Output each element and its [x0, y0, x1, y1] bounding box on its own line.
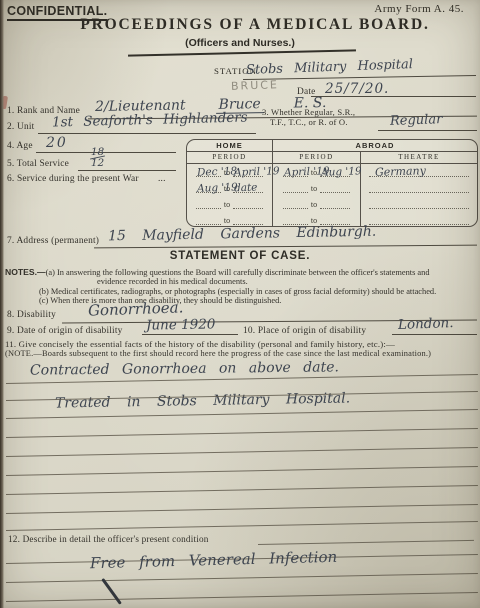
subtitle-rule [128, 49, 356, 56]
dotted-leader [320, 183, 350, 193]
table-cell [361, 212, 477, 227]
handwritten-entry: Aug '19 [321, 165, 362, 178]
table-header-theatre: THEATRE [361, 152, 477, 164]
medical-board-form-scan: CONFIDENTIAL. Army Form A. 45. PROCEEDIN… [0, 0, 480, 608]
table-cell: to [273, 180, 361, 196]
ruled-line [6, 573, 478, 583]
dotted-leader [283, 215, 308, 225]
note-c: (c) When there is more than one disabili… [5, 296, 480, 305]
table-cell: Dec '18 to April '19 [187, 164, 273, 180]
date-value: 25/7/20. [325, 81, 389, 97]
table-cell: to [273, 196, 361, 212]
pencil-annotation: BRUCE [231, 78, 279, 93]
table-cell [361, 196, 477, 212]
total-service-value: 18 12 [90, 147, 105, 168]
ruled-line [6, 592, 478, 602]
ruled-line [6, 521, 478, 531]
form-title: PROCEEDINGS OF A MEDICAL BOARD. [30, 16, 480, 34]
dotted-leader: Aug '19 [320, 167, 350, 177]
field-underline [78, 170, 176, 171]
ruled-line [6, 447, 478, 457]
field-underline [311, 96, 476, 97]
ruled-line [258, 540, 474, 545]
pen-stroke [101, 578, 121, 605]
unit-value: 1st Seaforth's Highlanders [52, 109, 248, 130]
table-header-period-home: PERIOD [187, 152, 273, 164]
handwritten-entry: Aug '19 [197, 181, 238, 194]
condition-value: Free from Venereal Infection [90, 548, 338, 572]
table-cell: April '19 to Aug '19 [273, 164, 361, 180]
scan-edge [0, 0, 4, 608]
war-service-dots: ... [158, 174, 166, 184]
table-cell [361, 180, 477, 196]
date-origin-value: June 1920 [146, 316, 216, 333]
notes-line-a1: NOTES.—(a) In answering the following qu… [5, 267, 480, 277]
service-table: HOME ABROAD PERIOD PERIOD THEATRE Dec '1… [186, 139, 478, 227]
field-underline [94, 245, 477, 249]
ruled-line [6, 504, 478, 514]
dotted-leader: date [233, 183, 263, 193]
note-b: (b) Medical certificates, radiographs, o… [5, 287, 480, 296]
table-header-abroad: ABROAD [273, 140, 477, 152]
dotted-leader [233, 199, 263, 209]
table-header-home: HOME [187, 140, 273, 152]
address-label: 7. Address (permanent) [7, 236, 99, 246]
field-underline [392, 334, 477, 335]
field-underline [36, 152, 176, 153]
history-label: 11. Give concisely the essential facts o… [5, 339, 395, 349]
to-label: to [311, 184, 317, 193]
to-label: to [311, 200, 317, 209]
total-service-label: 5. Total Service [7, 159, 69, 169]
field-underline [142, 334, 238, 335]
to-label: to [224, 216, 230, 225]
unit-label: 2. Unit [7, 122, 34, 132]
date-origin-label: 9. Date of origin of disability [7, 326, 123, 336]
dotted-leader [320, 199, 350, 209]
dotted-leader [369, 183, 469, 193]
handwritten-entry: April '19 [234, 165, 280, 179]
dotted-leader: Dec '18 [196, 167, 221, 177]
to-label: to [311, 216, 317, 225]
statement-heading: STATEMENT OF CASE. [0, 250, 480, 262]
station-value: Stobs Military Hospital [246, 57, 413, 78]
place-origin-value: London. [398, 315, 454, 333]
field-underline [38, 133, 256, 134]
ruled-line [6, 428, 478, 438]
dotted-leader [369, 215, 469, 225]
handwritten-entry: Germany [375, 164, 426, 179]
dotted-leader: Aug '19 [196, 183, 221, 193]
dotted-leader [196, 199, 221, 209]
disability-label: 8. Disability [7, 310, 56, 320]
history-entry-line1: Contracted Gonorrhoea on above date. [30, 359, 339, 378]
handwritten-entry: Dec '18 [197, 165, 238, 178]
dotted-leader [196, 215, 221, 225]
place-origin-label: 10. Place of origin of disability [243, 326, 366, 336]
dotted-leader: Germany [369, 167, 469, 177]
dotted-leader [233, 215, 263, 225]
handwritten-entry: date [234, 182, 258, 195]
note-a-line2: evidence recorded in his medical documen… [5, 277, 480, 286]
dotted-leader [283, 199, 308, 209]
history-note: (NOTE.—Boards subsequent to the first sh… [5, 349, 431, 358]
ruled-line [6, 485, 478, 495]
dotted-leader: April '19 [283, 167, 308, 177]
form-subtitle: (Officers and Nurses.) [0, 37, 480, 49]
regular-label-line2: T.F., T.C., or R. of O. [270, 117, 348, 127]
field-underline [378, 130, 477, 131]
age-label: 4. Age [7, 141, 33, 151]
table-header-period-abroad: PERIOD [273, 152, 361, 164]
notes-label: NOTES.— [5, 267, 46, 277]
war-service-label: 6. Service during the present War [7, 174, 139, 184]
table-cell: Germany [361, 164, 477, 180]
ruled-line [6, 466, 478, 476]
note-a-line1: (a) In answering the following questions… [46, 268, 430, 277]
regular-label-line1: 3. Whether Regular, S.R., [262, 107, 355, 117]
address-value: 15 Mayfield Gardens Edinburgh. [108, 224, 377, 245]
table-cell: to [187, 196, 273, 212]
to-label: to [224, 200, 230, 209]
dotted-leader: April '19 [233, 167, 263, 177]
dotted-leader [283, 183, 308, 193]
table-cell: Aug '19 to date [187, 180, 273, 196]
form-reference: Army Form A. 45. [374, 3, 464, 15]
regular-value: Regular [390, 112, 443, 129]
age-value: 20 [46, 135, 68, 151]
condition-label: 12. Describe in detail the officer's pre… [8, 534, 209, 544]
dotted-leader [369, 199, 469, 209]
fraction-denominator: 12 [91, 158, 104, 168]
